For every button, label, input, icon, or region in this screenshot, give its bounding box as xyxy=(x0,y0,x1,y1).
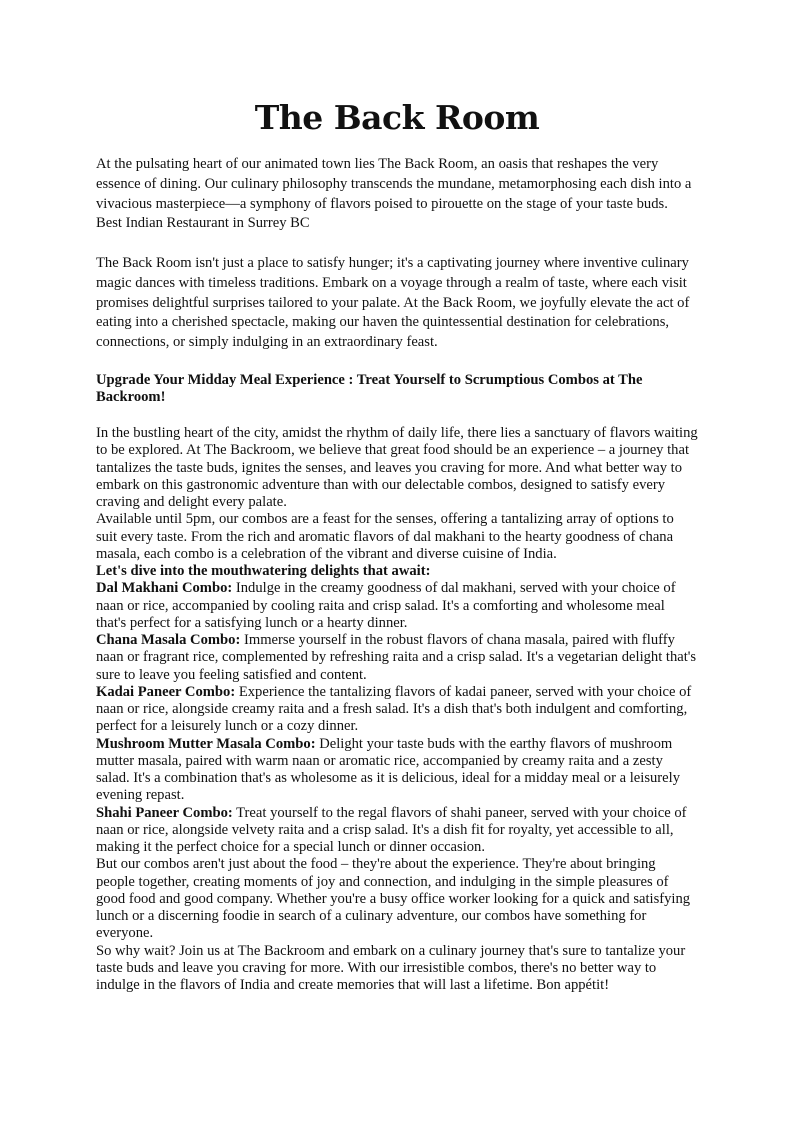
body-paragraph: In the bustling heart of the city, amids… xyxy=(96,425,698,511)
combo-name: Shahi Paneer Combo: xyxy=(96,805,233,821)
combo-name: Dal Makhani Combo: xyxy=(96,580,232,596)
combo-item: Chana Masala Combo: Immerse yourself in … xyxy=(96,632,698,684)
section-body: In the bustling heart of the city, amids… xyxy=(96,425,698,994)
body-paragraph: Available until 5pm, our combos are a fe… xyxy=(96,511,698,563)
section-heading: Upgrade Your Midday Meal Experience : Tr… xyxy=(96,372,698,407)
combo-item: Mushroom Mutter Masala Combo: Delight yo… xyxy=(96,736,698,805)
combo-name: Chana Masala Combo: xyxy=(96,632,240,648)
intro-paragraph: At the pulsating heart of our animated t… xyxy=(96,155,698,234)
closing-paragraph: So why wait? Join us at The Backroom and… xyxy=(96,943,698,995)
combo-name: Kadai Paneer Combo: xyxy=(96,684,235,700)
combo-item: Kadai Paneer Combo: Experience the tanta… xyxy=(96,684,698,736)
combos-intro: Let's dive into the mouthwatering deligh… xyxy=(96,563,698,580)
page-title: The Back Room xyxy=(96,96,698,140)
combo-name: Mushroom Mutter Masala Combo: xyxy=(96,736,316,752)
combo-item: Shahi Paneer Combo: Treat yourself to th… xyxy=(96,805,698,857)
closing-paragraph: But our combos aren't just about the foo… xyxy=(96,856,698,942)
combo-item: Dal Makhani Combo: Indulge in the creamy… xyxy=(96,580,698,632)
intro-paragraph: The Back Room isn't just a place to sati… xyxy=(96,254,698,353)
